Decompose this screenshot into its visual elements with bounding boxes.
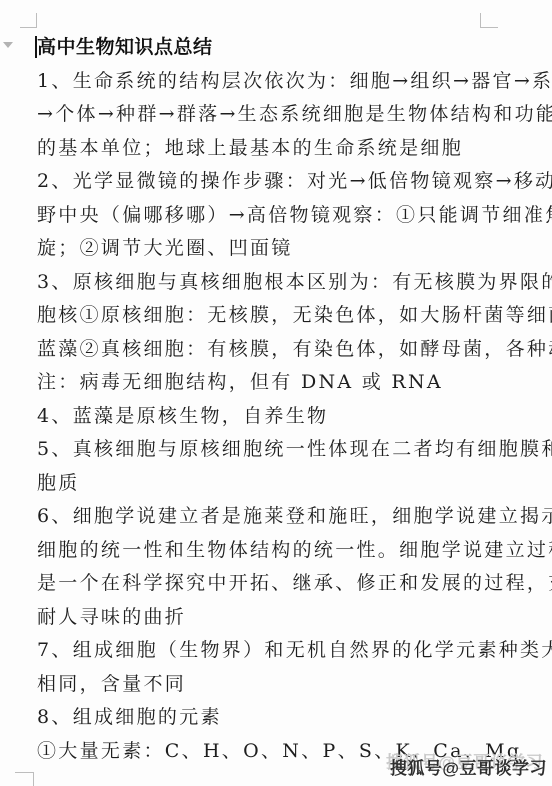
margin-crop-mark-top-right — [480, 13, 498, 28]
text-line: 相同，含量不同 — [37, 668, 527, 702]
outline-collapse-icon[interactable] — [3, 42, 13, 48]
document-body[interactable]: 高中生物知识点总结1、生命系统的结构层次依次为：细胞→组织→器官→系统→个体→种… — [37, 31, 527, 768]
text-line: 细胞的统一性和生物体结构的统一性。细胞学说建立过程， — [37, 534, 527, 568]
text-line: 耐人寻味的曲折 — [37, 601, 527, 635]
document-title: 高中生物知识点总结 — [37, 31, 527, 65]
text-line: 高中生物知识点总结 — [37, 31, 527, 65]
text-line: 3、原核细胞与真核细胞根本区别为：有无核膜为界限的细 — [37, 266, 527, 300]
text-line: 是一个在科学探究中开拓、继承、修正和发展的过程，充满 — [37, 567, 527, 601]
paragraph-8: 8、组成细胞的元素 — [37, 701, 527, 735]
text-line: 2、光学显微镜的操作步骤：对光→低倍物镜观察→移动视 — [37, 165, 527, 199]
paragraph-3: 3、原核细胞与真核细胞根本区别为：有无核膜为界限的细胞核①原核细胞：无核膜，无染… — [37, 266, 527, 367]
margin-crop-mark-bottom-left — [15, 772, 34, 786]
text-line: 胞质 — [37, 467, 527, 501]
paragraph-7: 7、组成细胞（生物界）和无机自然界的化学元素种类大体相同，含量不同 — [37, 634, 527, 701]
text-line: 注：病毒无细胞结构，但有 DNA 或 RNA — [37, 366, 527, 400]
text-line: 野中央（偏哪移哪）→高倍物镜观察：①只能调节细准焦螺 — [37, 199, 527, 233]
text-line: 胞核①原核细胞：无核膜，无染色体，如大肠杆菌等细菌、 — [37, 299, 527, 333]
paragraph-2: 2、光学显微镜的操作步骤：对光→低倍物镜观察→移动视野中央（偏哪移哪）→高倍物镜… — [37, 165, 527, 266]
paragraph-note: 注：病毒无细胞结构，但有 DNA 或 RNA — [37, 366, 527, 400]
text-line: 蓝藻②真核细胞：有核膜，有染色体，如酵母菌，各种动物 — [37, 333, 527, 367]
text-line: 1、生命系统的结构层次依次为：细胞→组织→器官→系统 — [37, 65, 527, 99]
text-line: 5、真核细胞与原核细胞统一性体现在二者均有细胞膜和细 — [37, 433, 527, 467]
text-line: 6、细胞学说建立者是施莱登和施旺，细胞学说建立揭示了 — [37, 500, 527, 534]
text-line: 旋；②调节大光圈、凹面镜 — [37, 232, 527, 266]
margin-crop-mark-top-left — [20, 13, 37, 28]
text-line: 8、组成细胞的元素 — [37, 701, 527, 735]
paragraph-5: 5、真核细胞与原核细胞统一性体现在二者均有细胞膜和细胞质 — [37, 433, 527, 500]
document-page: 高中生物知识点总结1、生命系统的结构层次依次为：细胞→组织→器官→系统→个体→种… — [0, 0, 552, 786]
text-line: 4、蓝藻是原核生物，自养生物 — [37, 400, 527, 434]
paragraph-4: 4、蓝藻是原核生物，自养生物 — [37, 400, 527, 434]
text-line: →个体→种群→群落→生态系统细胞是生物体结构和功能 — [37, 98, 527, 132]
text-line: 7、组成细胞（生物界）和无机自然界的化学元素种类大体 — [37, 634, 527, 668]
text-line: 的基本单位；地球上最基本的生命系统是细胞 — [37, 132, 527, 166]
watermark-text: 搜狐号@豆哥谈学习 — [390, 754, 547, 779]
paragraph-1: 1、生命系统的结构层次依次为：细胞→组织→器官→系统→个体→种群→群落→生态系统… — [37, 65, 527, 166]
paragraph-6: 6、细胞学说建立者是施莱登和施旺，细胞学说建立揭示了细胞的统一性和生物体结构的统… — [37, 500, 527, 634]
